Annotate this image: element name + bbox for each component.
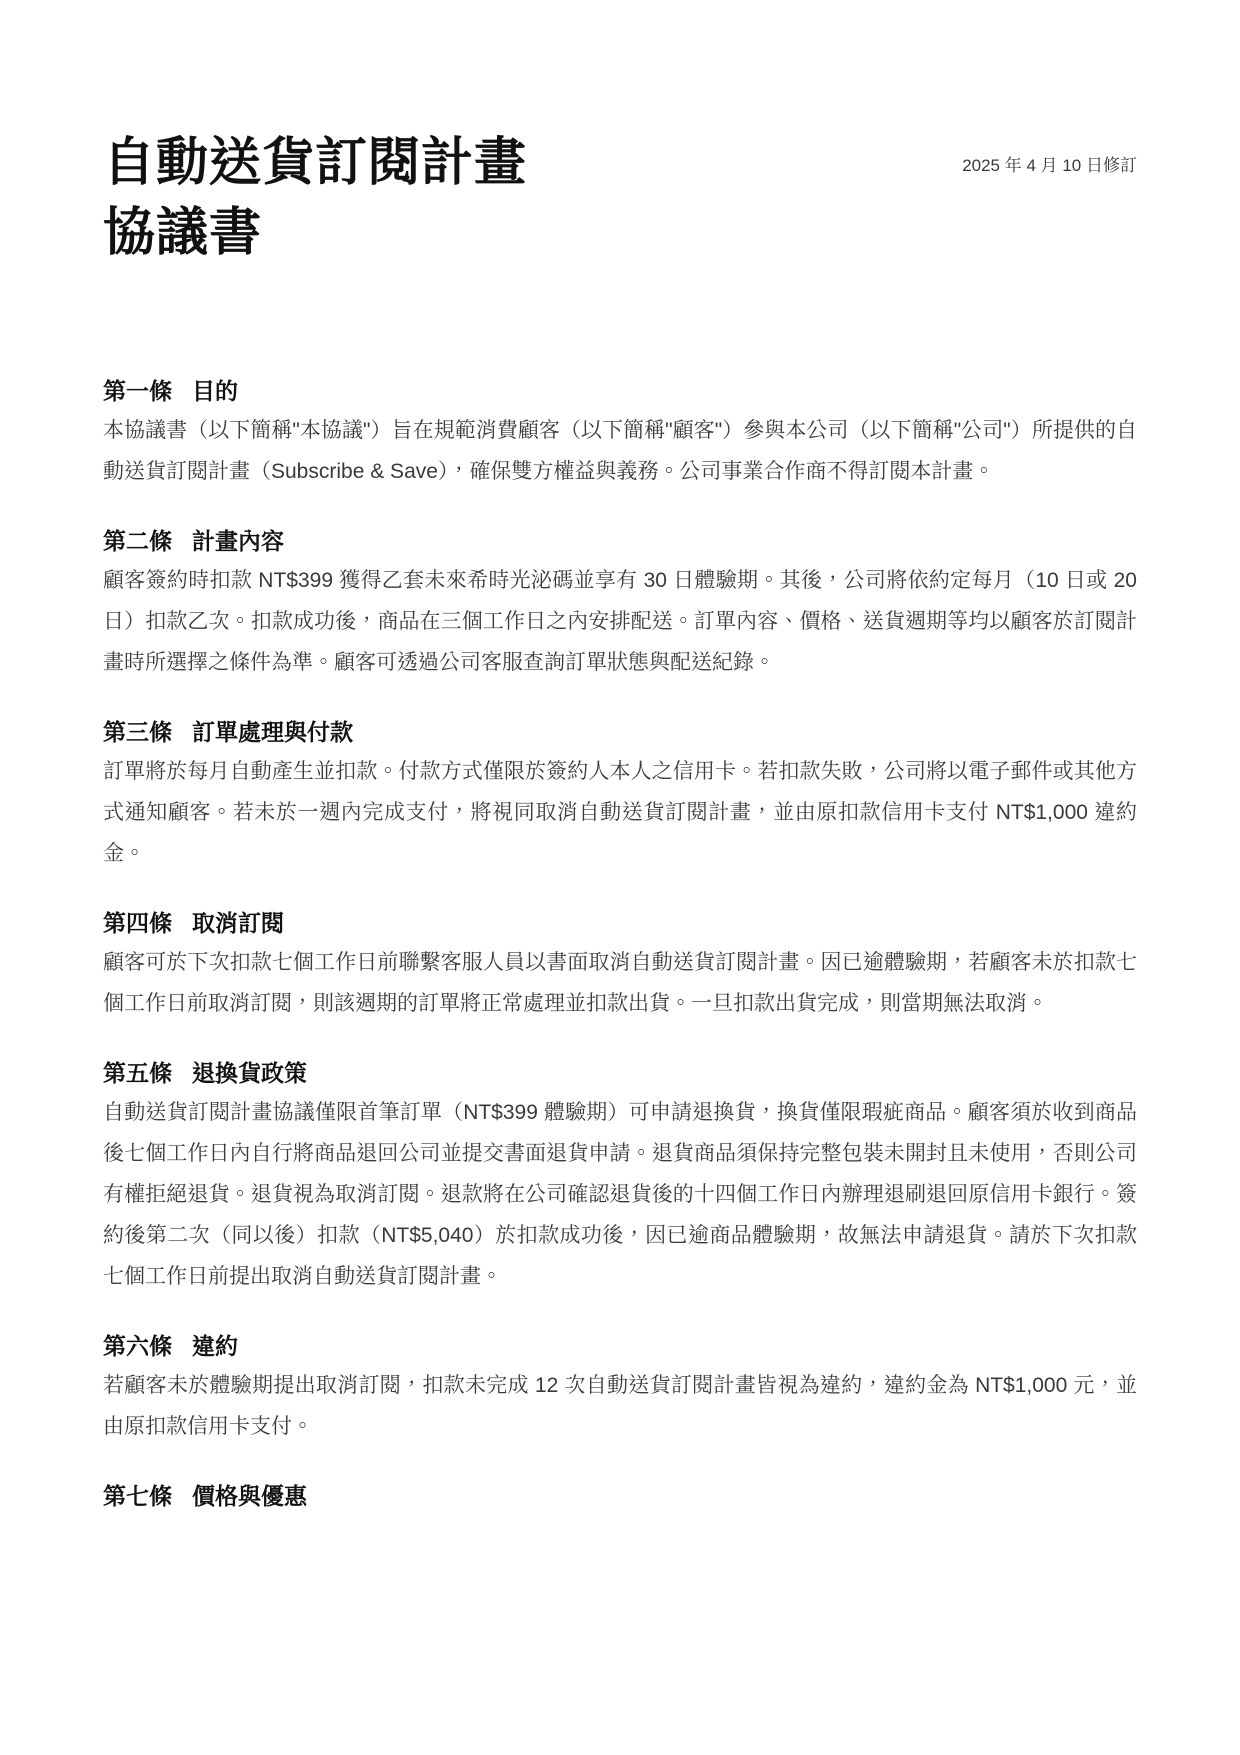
section-title: 訂單處理與付款 [192,719,353,745]
section-heading: 第三條訂單處理與付款 [103,715,1137,749]
revision-date: 2025 年 4 月 10 日修訂 [962,154,1137,178]
section-body: 自動送貨訂閱計畫協議僅限首筆訂單（NT$399 體驗期）可申請退換貨，換貨僅限瑕… [103,1092,1137,1297]
section-heading: 第七條價格與優惠 [103,1479,1137,1513]
section-1-purpose: 第一條目的 本協議書（以下簡稱"本協議"）旨在規範消費顧客（以下簡稱"顧客"）參… [103,374,1137,492]
document-header: 自動送貨訂閱計畫 協議書 2025 年 4 月 10 日修訂 [103,128,1137,268]
section-title: 退換貨政策 [192,1060,307,1086]
section-7-pricing-offers: 第七條價格與優惠 [103,1479,1137,1513]
document-page: 自動送貨訂閱計畫 協議書 2025 年 4 月 10 日修訂 第一條目的 本協議… [0,0,1240,1755]
section-body: 訂單將於每月自動產生並扣款。付款方式僅限於簽約人本人之信用卡。若扣款失敗，公司將… [103,751,1137,874]
section-number: 第六條 [103,1333,172,1359]
section-body: 本協議書（以下簡稱"本協議"）旨在規範消費顧客（以下簡稱"顧客"）參與本公司（以… [103,410,1137,492]
section-body: 顧客可於下次扣款七個工作日前聯繫客服人員以書面取消自動送貨訂閱計畫。因已逾體驗期… [103,942,1137,1024]
doc-title-line-2: 協議書 [103,198,527,268]
section-body: 顧客簽約時扣款 NT$399 獲得乙套未來希時光泌碼並享有 30 日體驗期。其後… [103,560,1137,683]
section-number: 第二條 [103,528,172,554]
doc-title: 自動送貨訂閱計畫 協議書 [103,128,527,268]
doc-title-line-1: 自動送貨訂閱計畫 [103,128,527,198]
section-number: 第三條 [103,719,172,745]
section-number: 第一條 [103,378,172,404]
section-title: 計畫內容 [192,528,284,554]
section-title: 價格與優惠 [192,1483,307,1509]
section-2-plan-content: 第二條計畫內容 顧客簽約時扣款 NT$399 獲得乙套未來希時光泌碼並享有 30… [103,524,1137,683]
section-number: 第五條 [103,1060,172,1086]
section-body: 若顧客未於體驗期提出取消訂閱，扣款未完成 12 次自動送貨訂閱計畫皆視為違約，違… [103,1365,1137,1447]
section-3-order-payment: 第三條訂單處理與付款 訂單將於每月自動產生並扣款。付款方式僅限於簽約人本人之信用… [103,715,1137,874]
section-number: 第四條 [103,910,172,936]
section-title: 目的 [192,378,238,404]
section-heading: 第二條計畫內容 [103,524,1137,558]
section-title: 取消訂閱 [192,910,284,936]
section-6-breach: 第六條違約 若顧客未於體驗期提出取消訂閱，扣款未完成 12 次自動送貨訂閱計畫皆… [103,1329,1137,1447]
section-title: 違約 [192,1333,238,1359]
section-number: 第七條 [103,1483,172,1509]
section-heading: 第五條退換貨政策 [103,1056,1137,1090]
section-heading: 第一條目的 [103,374,1137,408]
section-heading: 第四條取消訂閱 [103,906,1137,940]
section-4-cancel-subscription: 第四條取消訂閱 顧客可於下次扣款七個工作日前聯繫客服人員以書面取消自動送貨訂閱計… [103,906,1137,1024]
section-heading: 第六條違約 [103,1329,1137,1363]
section-5-return-policy: 第五條退換貨政策 自動送貨訂閱計畫協議僅限首筆訂單（NT$399 體驗期）可申請… [103,1056,1137,1297]
